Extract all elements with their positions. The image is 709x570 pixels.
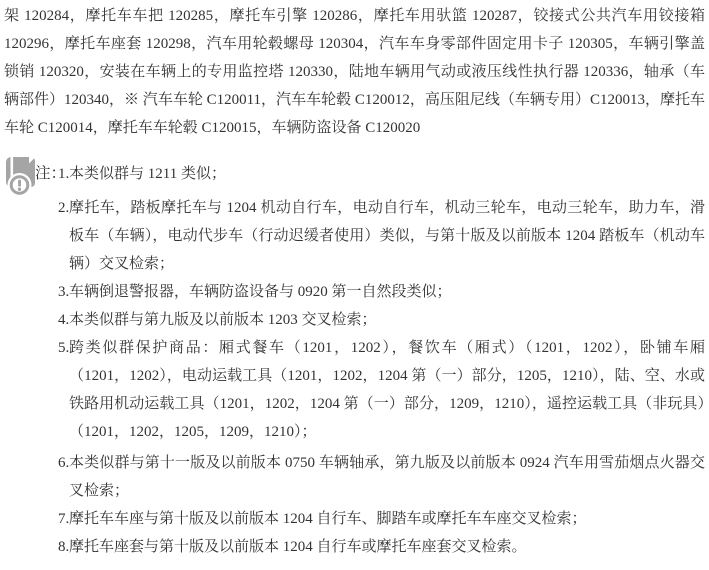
note-item-text: 摩托车座套与第十版及以前版本 1204 自行车或摩托车座套交叉检索。 — [69, 539, 527, 555]
note-item-8: 8.摩托车座套与第十版及以前版本 1204 自行车或摩托车座套交叉检索。 — [58, 533, 705, 561]
note-item-number: 4. — [58, 306, 69, 334]
note-item-text: 摩托车车座与第十版及以前版本 1204 自行车、脚踏车或摩托车车座交叉检索； — [69, 511, 587, 527]
note-item-2: 2.摩托车，踏板摩托车与 1204 机动自行车，电动自行车，机动三轮车，电动三轮… — [58, 194, 705, 278]
note-item-text: 摩托车，踏板摩托车与 1204 机动自行车，电动自行车，机动三轮车，电动三轮车，… — [69, 200, 705, 272]
note-item-7: 7.摩托车车座与第十版及以前版本 1204 自行车、脚踏车或摩托车车座交叉检索； — [58, 505, 705, 533]
note-item-3: 3.车辆倒退警报器，车辆防盗设备与 0920 第一自然段类似； — [58, 278, 705, 306]
note-item-number: 7. — [58, 505, 69, 533]
note-item-6: 6.本类似群与第十一版及以前版本 0750 车辆轴承，第九版及以前版本 0924… — [58, 449, 705, 505]
note-item-number: 5. — [58, 334, 69, 362]
note-item-4: 4.本类似群与第九版及以前版本 1203 交叉检索； — [58, 306, 705, 334]
note-item-number: 6. — [58, 449, 69, 477]
note-item-number: 1. — [58, 160, 69, 188]
note-item-text: 本类似群与 1211 类似； — [69, 166, 226, 182]
note-item-text: 跨类似群保护商品：厢式餐车（1201，1202），餐饮车（厢式）（1201，12… — [69, 340, 705, 440]
goods-list-paragraph: 架 120284，摩托车车把 120285，摩托车引擎 120286，摩托车用驮… — [4, 2, 705, 142]
note-item-number: 2. — [58, 194, 69, 222]
note-item-text: 车辆倒退警报器，车辆防盗设备与 0920 第一自然段类似； — [69, 284, 452, 300]
note-item-text: 本类似群与第九版及以前版本 1203 交叉检索； — [69, 312, 377, 328]
note-item-number: 3. — [58, 278, 69, 306]
note-item-number: 8. — [58, 533, 69, 561]
note-item-5: 5.跨类似群保护商品：厢式餐车（1201，1202），餐饮车（厢式）（1201，… — [58, 334, 705, 446]
note-item-1: 1.本类似群与 1211 类似； — [58, 160, 705, 188]
note-item-text: 本类似群与第十一版及以前版本 0750 车辆轴承，第九版及以前版本 0924 汽… — [69, 455, 705, 499]
document-page: 架 120284，摩托车车把 120285，摩托车引擎 120286，摩托车用驮… — [0, 0, 709, 570]
note-list: 1.本类似群与 1211 类似；2.摩托车，踏板摩托车与 1204 机动自行车，… — [58, 160, 705, 561]
